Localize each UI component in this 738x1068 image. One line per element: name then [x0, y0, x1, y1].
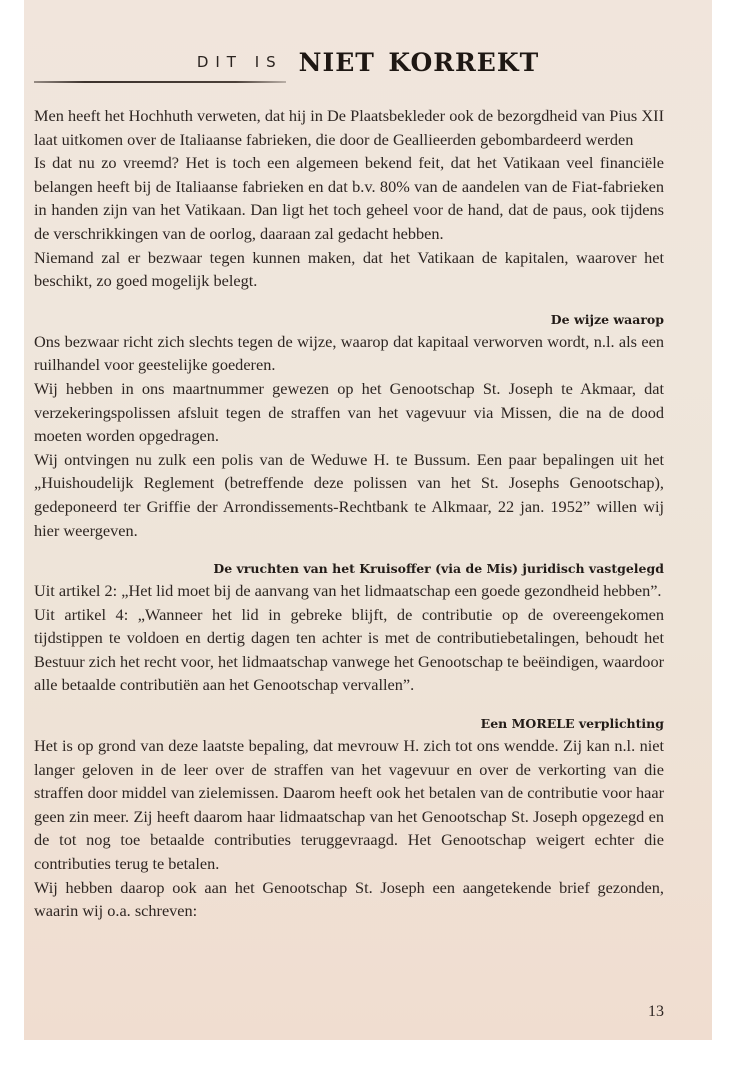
paragraph: Het is op grond van deze laatste bepalin…: [34, 734, 664, 876]
header-headline: niet korrekt: [299, 38, 540, 80]
paragraph: Wij hebben in ons maartnummer gewezen op…: [34, 377, 664, 448]
paragraph: Niemand zal er bezwaar tegen kunnen make…: [34, 246, 664, 293]
section-subheading: De vruchten van het Kruisoffer (via de M…: [34, 560, 664, 578]
page-number: 13: [648, 1003, 664, 1021]
paragraph: Ons bezwaar richt zich slechts tegen de …: [34, 330, 664, 377]
magazine-page: DIT IS niet korrekt Men heeft het Hochhu…: [24, 0, 712, 1040]
paragraph: Uit artikel 4: „Wanneer het lid in gebre…: [34, 603, 664, 697]
article-body: Men heeft het Hochhuth verweten, dat hij…: [34, 104, 664, 923]
section-subheading: Een MORELE verplichting: [34, 715, 664, 733]
paragraph: Wij hebben daarop ook aan het Genootscha…: [34, 876, 664, 923]
paragraph: Is dat nu zo vreemd? Het is toch een alg…: [34, 151, 664, 245]
paragraph: Men heeft het Hochhuth verweten, dat hij…: [34, 104, 664, 151]
article-header: DIT IS niet korrekt: [24, 38, 712, 80]
paragraph: Uit artikel 2: „Het lid moet bij de aanv…: [34, 579, 664, 603]
paragraph: Wij ontvingen nu zulk een polis van de W…: [34, 448, 664, 542]
section-subheading: De wijze waarop: [34, 311, 664, 329]
header-rule: [34, 81, 286, 83]
header-kicker: DIT IS: [197, 53, 283, 71]
